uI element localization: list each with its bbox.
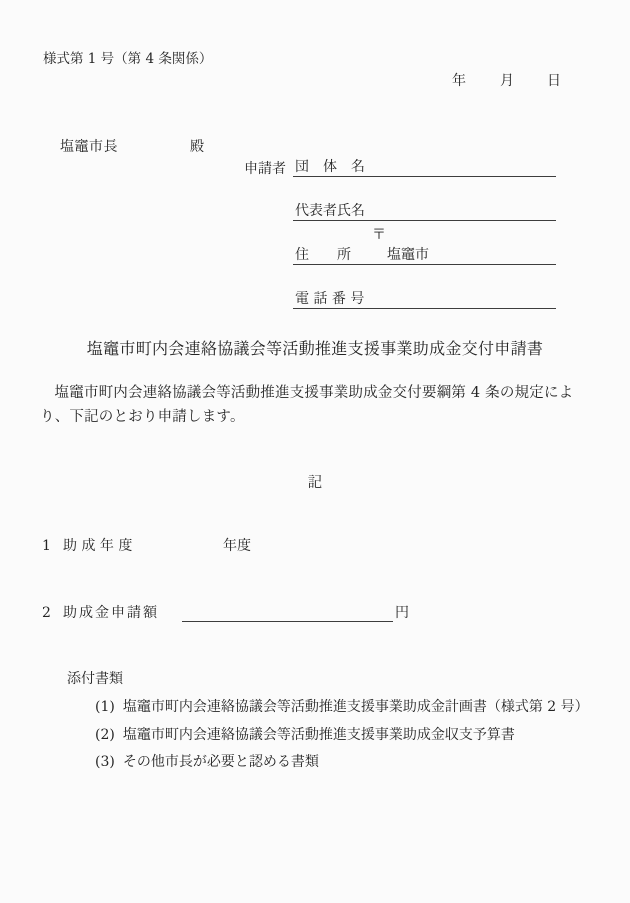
attachment-item: (1) 塩竈市町内会連絡協議会等活動推進支援事業助成金計画書（様式第 2 号） — [95, 699, 589, 717]
applicant-representative-field: 代表者氏名 — [293, 202, 556, 221]
attachment-2-number: (2) — [95, 727, 115, 745]
date-month-label: 月 — [500, 73, 514, 91]
applicant-phone-field: 電 話 番 号 — [293, 290, 556, 309]
document-title: 塩竈市町内会連絡協議会等活動推進支援事業助成金交付申請書 — [0, 339, 630, 359]
form-number: 様式第 1 号（第 4 条関係） — [43, 51, 212, 68]
representative-name-label: 代表者氏名 — [295, 202, 365, 220]
item-2-number: 2 — [42, 605, 51, 623]
attachment-item: (2) 塩竈市町内会連絡協議会等活動推進支援事業助成金収支予算書 — [95, 727, 515, 745]
applicant-address-field: 住 所 塩竈市 — [293, 246, 556, 265]
attachment-1-number: (1) — [95, 699, 115, 717]
phone-number-label: 電 話 番 号 — [295, 290, 364, 308]
item-2-yen-unit: 円 — [395, 605, 409, 623]
item-1-year-suffix: 年度 — [223, 538, 251, 556]
body-line-2: り、下記のとおり申請します。 — [40, 408, 245, 426]
applicant-label: 申請者 — [244, 161, 286, 179]
attachment-3-text: その他市長が必要と認める書類 — [123, 754, 319, 772]
group-name-label: 団 体 名 — [295, 158, 365, 176]
date-year-label: 年 — [452, 73, 466, 91]
attachment-1-text: 塩竈市町内会連絡協議会等活動推進支援事業助成金計画書（様式第 2 号） — [123, 699, 589, 717]
item-2-label: 助成金申請額 — [63, 605, 159, 623]
addressee-name: 塩竈市長 — [60, 139, 118, 157]
attachment-item: (3) その他市長が必要と認める書類 — [95, 754, 319, 772]
section-marker: 記 — [0, 474, 630, 492]
body-line-1: 塩竈市町内会連絡協議会等活動推進支援事業助成金交付要綱第 4 条の規定によ — [40, 384, 573, 402]
amount-blank-line — [182, 605, 393, 622]
item-1-number: 1 — [42, 538, 51, 556]
attachments-title: 添付書類 — [67, 671, 123, 689]
postal-code-mark: 〒 — [372, 227, 386, 245]
application-form-page: 様式第 1 号（第 4 条関係） 年 月 日 塩竈市長 殿 申請者 団 体 名 … — [0, 0, 630, 903]
attachment-2-text: 塩竈市町内会連絡協議会等活動推進支援事業助成金収支予算書 — [123, 727, 515, 745]
applicant-group-name-field: 団 体 名 — [293, 158, 556, 177]
addressee-honorific: 殿 — [190, 139, 204, 157]
attachment-3-number: (3) — [95, 754, 115, 772]
item-1-label: 助 成 年 度 — [63, 538, 132, 556]
address-city-value: 塩竈市 — [387, 246, 429, 264]
date-day-label: 日 — [547, 73, 561, 91]
address-label: 住 所 — [295, 246, 351, 264]
